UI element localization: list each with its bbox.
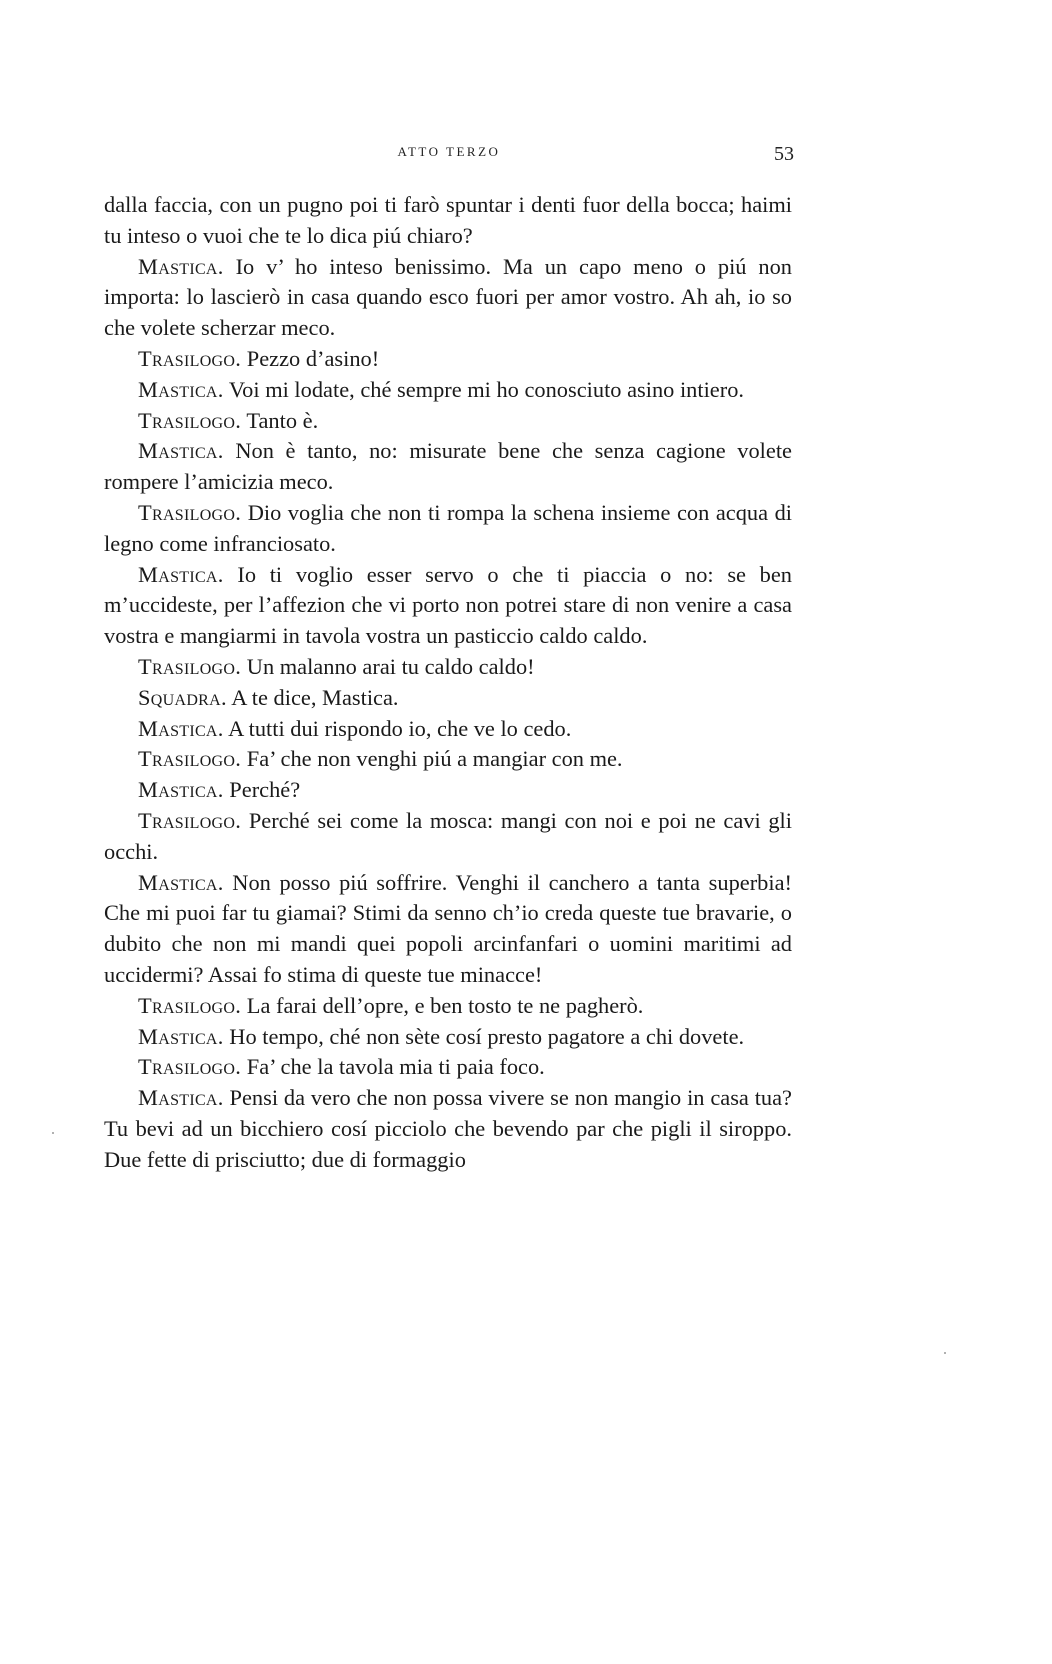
speech-text: Pezzo d’asino!	[241, 346, 379, 371]
speaker-name: Mastica.	[138, 377, 224, 402]
speaker-name: Mastica.	[138, 438, 224, 463]
dialogue-paragraph: Trasilogo. La farai dell’opre, e ben tos…	[104, 991, 792, 1022]
running-head: ATTO TERZO 53	[104, 140, 794, 164]
speech-text: La farai dell’opre, e ben tosto te ne pa…	[241, 993, 643, 1018]
speaker-name: Mastica.	[138, 1024, 224, 1049]
speaker-name: Trasilogo.	[138, 993, 241, 1018]
scan-speck	[944, 1352, 946, 1354]
dialogue-paragraph: Trasilogo. Fa’ che la tavola mia ti paia…	[104, 1052, 792, 1083]
dialogue-paragraph: Mastica. Io v’ ho inteso benissimo. Ma u…	[104, 252, 792, 344]
speaker-name: Trasilogo.	[138, 500, 241, 525]
speech-text: Voi mi lodate, ché sempre mi ho conosciu…	[224, 377, 744, 402]
dialogue-paragraph: Mastica. Non è tanto, no: misurate bene …	[104, 436, 792, 498]
speech-text: Fa’ che la tavola mia ti paia foco.	[241, 1054, 545, 1079]
speech-text: Un malanno arai tu caldo caldo!	[241, 654, 534, 679]
dialogue-paragraph: Trasilogo. Tanto è.	[104, 406, 792, 437]
speaker-name: Squadra.	[138, 685, 227, 710]
speaker-name: Mastica.	[138, 562, 224, 587]
dialogue-paragraph: Mastica. Pensi da vero che non possa viv…	[104, 1083, 792, 1175]
speaker-name: Trasilogo.	[138, 746, 241, 771]
speech-text: Fa’ che non venghi piú a mangiar con me.	[241, 746, 622, 771]
speaker-name: Mastica.	[138, 870, 224, 895]
speaker-name: Mastica.	[138, 777, 224, 802]
dialogue-paragraph: Mastica. Non posso piú soffrire. Venghi …	[104, 868, 792, 991]
speech-text: Ho tempo, ché non sète cosí presto pagat…	[224, 1024, 744, 1049]
speech-text: A te dice, Mastica.	[227, 685, 399, 710]
speech-text: dalla faccia, con un pugno poi ti farò s…	[104, 192, 792, 248]
dialogue-paragraph: Trasilogo. Pezzo d’asino!	[104, 344, 792, 375]
speech-text: Tanto è.	[241, 408, 318, 433]
page-number: 53	[774, 143, 794, 166]
body-text: dalla faccia, con un pugno poi ti farò s…	[104, 190, 792, 1176]
dialogue-paragraph: Mastica. Ho tempo, ché non sète cosí pre…	[104, 1022, 792, 1053]
speaker-name: Mastica.	[138, 254, 224, 279]
dialogue-paragraph: Trasilogo. Dio voglia che non ti rompa l…	[104, 498, 792, 560]
dialogue-paragraph: Mastica. Io ti voglio esser servo o che …	[104, 560, 792, 652]
dialogue-paragraph: Squadra. A te dice, Mastica.	[104, 683, 792, 714]
speech-text: A tutti dui rispondo io, che ve lo cedo.	[224, 716, 572, 741]
speaker-name: Mastica.	[138, 716, 224, 741]
dialogue-paragraph: Mastica. Voi mi lodate, ché sempre mi ho…	[104, 375, 792, 406]
speaker-name: Trasilogo.	[138, 408, 241, 433]
book-page: ATTO TERZO 53 dalla faccia, con un pugno…	[0, 0, 1052, 1664]
speaker-name: Trasilogo.	[138, 346, 241, 371]
scan-speck	[52, 1132, 54, 1134]
paragraph-continuation: dalla faccia, con un pugno poi ti farò s…	[104, 190, 792, 252]
speaker-name: Trasilogo.	[138, 654, 241, 679]
dialogue-paragraph: Trasilogo. Un malanno arai tu caldo cald…	[104, 652, 792, 683]
speaker-name: Trasilogo.	[138, 1054, 241, 1079]
running-title: ATTO TERZO	[104, 144, 794, 160]
dialogue-paragraph: Mastica. Perché?	[104, 775, 792, 806]
speaker-name: Trasilogo.	[138, 808, 241, 833]
dialogue-paragraph: Trasilogo. Perché sei come la mosca: man…	[104, 806, 792, 868]
speaker-name: Mastica.	[138, 1085, 224, 1110]
dialogue-paragraph: Trasilogo. Fa’ che non venghi piú a mang…	[104, 744, 792, 775]
speech-text: Perché?	[224, 777, 300, 802]
dialogue-paragraph: Mastica. A tutti dui rispondo io, che ve…	[104, 714, 792, 745]
